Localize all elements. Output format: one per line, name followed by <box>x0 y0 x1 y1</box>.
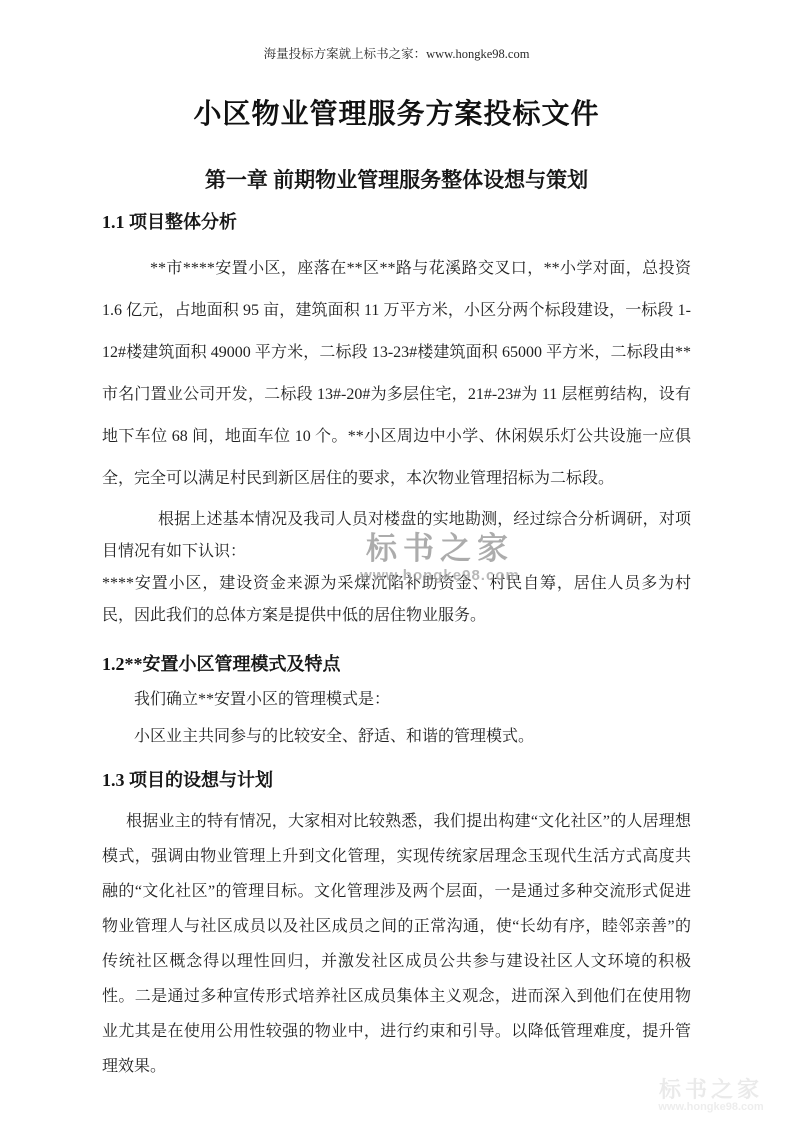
section-1-1-heading: 1.1 项目整体分析 <box>102 208 691 234</box>
section-1-2-heading: 1.2**安置小区管理模式及特点 <box>102 650 691 676</box>
document-page: 海量投标方案就上标书之家：www.hongke98.com 小区物业管理服务方案… <box>0 0 793 1122</box>
page-header-note: 海量投标方案就上标书之家：www.hongke98.com <box>0 0 793 62</box>
section-1-1-paragraph-1: **市****安置小区，座落在**区**路与花溪路交叉口，**小学对面，总投资 … <box>102 248 691 500</box>
section-1-3-heading: 1.3 项目的设想与计划 <box>102 766 691 792</box>
section-1-1-paragraph-2: 根据上述基本情况及我司人员对楼盘的实地勘测，经过综合分析调研，对项目情况有如下认… <box>102 504 691 568</box>
section-1-2-line-1: 我们确立**安置小区的管理模式是： <box>102 686 691 713</box>
document-body: 1.1 项目整体分析 **市****安置小区，座落在**区**路与花溪路交叉口，… <box>102 208 691 1084</box>
section-1-3-paragraph-1: 根据业主的特有情况，大家相对比较熟悉，我们提出构建“文化社区”的人居理想模式，强… <box>102 804 691 1084</box>
document-title: 小区物业管理服务方案投标文件 <box>0 92 793 132</box>
watermark-url-text: www.hongke98.com <box>636 1101 786 1114</box>
chapter-heading: 第一章 前期物业管理服务整体设想与策划 <box>0 164 793 194</box>
section-1-1-paragraph-3: ****安置小区，建设资金来源为采煤沉陷补助资金、村民自筹，居住人员多为村民，因… <box>102 568 691 632</box>
section-1-2-line-2: 小区业主共同参与的比较安全、舒适、和谐的管理模式。 <box>102 723 691 750</box>
